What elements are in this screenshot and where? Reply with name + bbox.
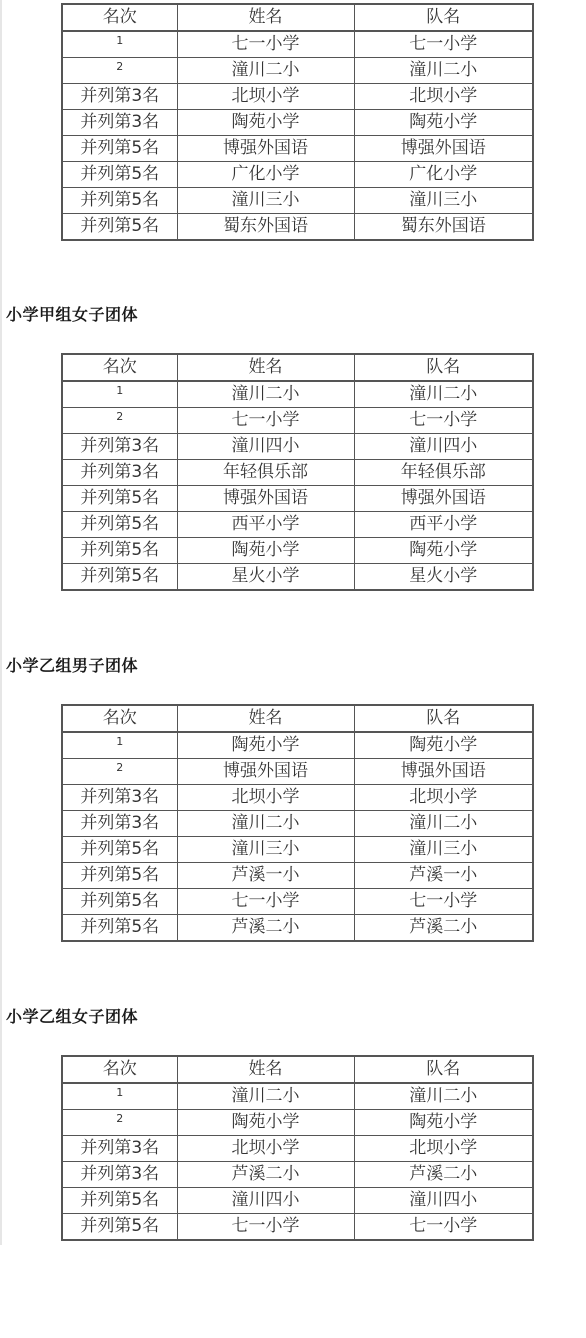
table-row: 并列第3名潼川二小潼川二小: [62, 811, 533, 837]
name-cell: 北坝小学: [177, 785, 354, 811]
rank-cell: 并列第3名: [62, 434, 177, 460]
name-cell: 北坝小学: [177, 84, 354, 110]
team-cell: 潼川二小: [354, 58, 533, 84]
team-cell: 西平小学: [354, 512, 533, 538]
name-cell: 蜀东外国语: [177, 214, 354, 241]
team-cell: 陶苑小学: [354, 1110, 533, 1136]
table-row: 并列第5名芦溪一小芦溪一小: [62, 863, 533, 889]
header-team: 队名: [354, 354, 533, 381]
team-cell: 北坝小学: [354, 785, 533, 811]
rank-cell: 并列第5名: [62, 188, 177, 214]
rank-cell: 并列第5名: [62, 837, 177, 863]
name-cell: 广化小学: [177, 162, 354, 188]
team-cell: 潼川二小: [354, 1083, 533, 1110]
team-cell: 北坝小学: [354, 1136, 533, 1162]
table-row: 并列第3名北坝小学北坝小学: [62, 1136, 533, 1162]
table-row: 并列第3名潼川四小潼川四小: [62, 434, 533, 460]
table-row: 2七一小学七一小学: [62, 408, 533, 434]
name-cell: 七一小学: [177, 1214, 354, 1241]
results-table-1: 名次 姓名 队名 1七一小学七一小学 2潼川二小潼川二小 并列第3名北坝小学北坝…: [61, 3, 534, 241]
rank-cell: 1: [62, 732, 177, 759]
table-row: 2陶苑小学陶苑小学: [62, 1110, 533, 1136]
header-rank: 名次: [62, 1056, 177, 1083]
header-team: 队名: [354, 4, 533, 31]
results-table-3: 名次 姓名 队名 1陶苑小学陶苑小学 2博强外国语博强外国语 并列第3名北坝小学…: [61, 704, 534, 942]
name-cell: 七一小学: [177, 408, 354, 434]
name-cell: 潼川三小: [177, 837, 354, 863]
rank-cell: 并列第5名: [62, 863, 177, 889]
table-row: 并列第5名博强外国语博强外国语: [62, 136, 533, 162]
rank-cell: 并列第5名: [62, 1214, 177, 1241]
rank-cell: 并列第5名: [62, 486, 177, 512]
name-cell: 北坝小学: [177, 1136, 354, 1162]
rank-cell: 并列第5名: [62, 512, 177, 538]
name-cell: 芦溪二小: [177, 1162, 354, 1188]
name-cell: 潼川二小: [177, 811, 354, 837]
rank-cell: 并列第3名: [62, 460, 177, 486]
table-row: 并列第5名广化小学广化小学: [62, 162, 533, 188]
team-cell: 七一小学: [354, 889, 533, 915]
section-title: 小学甲组女子团体: [6, 302, 138, 325]
rank-cell: 并列第3名: [62, 110, 177, 136]
table-row: 并列第5名芦溪二小芦溪二小: [62, 915, 533, 942]
table-row: 并列第5名潼川四小潼川四小: [62, 1188, 533, 1214]
table-row: 并列第3名芦溪二小芦溪二小: [62, 1162, 533, 1188]
name-cell: 七一小学: [177, 889, 354, 915]
rank-cell: 并列第5名: [62, 1188, 177, 1214]
team-cell: 年轻俱乐部: [354, 460, 533, 486]
table-row: 并列第3名陶苑小学陶苑小学: [62, 110, 533, 136]
name-cell: 年轻俱乐部: [177, 460, 354, 486]
rank-cell: 并列第3名: [62, 84, 177, 110]
table-row: 并列第3名北坝小学北坝小学: [62, 785, 533, 811]
header-team: 队名: [354, 705, 533, 732]
rank-cell: 2: [62, 408, 177, 434]
table-row: 2潼川二小潼川二小: [62, 58, 533, 84]
team-cell: 陶苑小学: [354, 538, 533, 564]
team-cell: 潼川四小: [354, 1188, 533, 1214]
table-row: 并列第5名潼川三小潼川三小: [62, 188, 533, 214]
rank-cell: 并列第5名: [62, 136, 177, 162]
table-row: 并列第5名星火小学星火小学: [62, 564, 533, 591]
results-table-2: 名次 姓名 队名 1潼川二小潼川二小 2七一小学七一小学 并列第3名潼川四小潼川…: [61, 353, 534, 591]
rank-cell: 1: [62, 381, 177, 408]
team-cell: 陶苑小学: [354, 732, 533, 759]
section-title: 小学乙组男子团体: [6, 653, 138, 676]
rank-cell: 并列第5名: [62, 889, 177, 915]
rank-cell: 1: [62, 1083, 177, 1110]
left-gutter-line: [0, 0, 2, 1245]
name-cell: 陶苑小学: [177, 538, 354, 564]
header-name: 姓名: [177, 1056, 354, 1083]
name-cell: 星火小学: [177, 564, 354, 591]
header-name: 姓名: [177, 354, 354, 381]
team-cell: 蜀东外国语: [354, 214, 533, 241]
table-row: 2博强外国语博强外国语: [62, 759, 533, 785]
table-row: 并列第3名北坝小学北坝小学: [62, 84, 533, 110]
rank-cell: 并列第3名: [62, 1136, 177, 1162]
name-cell: 潼川二小: [177, 1083, 354, 1110]
name-cell: 博强外国语: [177, 136, 354, 162]
name-cell: 博强外国语: [177, 759, 354, 785]
team-cell: 潼川二小: [354, 381, 533, 408]
team-cell: 潼川二小: [354, 811, 533, 837]
rank-cell: 并列第5名: [62, 538, 177, 564]
table-row: 并列第5名七一小学七一小学: [62, 889, 533, 915]
rank-cell: 2: [62, 1110, 177, 1136]
table-row: 1七一小学七一小学: [62, 31, 533, 58]
name-cell: 陶苑小学: [177, 1110, 354, 1136]
results-table-4: 名次 姓名 队名 1潼川二小潼川二小 2陶苑小学陶苑小学 并列第3名北坝小学北坝…: [61, 1055, 534, 1241]
table-header-row: 名次 姓名 队名: [62, 705, 533, 732]
name-cell: 潼川四小: [177, 1188, 354, 1214]
name-cell: 陶苑小学: [177, 732, 354, 759]
team-cell: 广化小学: [354, 162, 533, 188]
rank-cell: 1: [62, 31, 177, 58]
team-cell: 北坝小学: [354, 84, 533, 110]
table-row: 1陶苑小学陶苑小学: [62, 732, 533, 759]
team-cell: 陶苑小学: [354, 110, 533, 136]
team-cell: 七一小学: [354, 408, 533, 434]
header-rank: 名次: [62, 354, 177, 381]
table-row: 1潼川二小潼川二小: [62, 381, 533, 408]
name-cell: 陶苑小学: [177, 110, 354, 136]
table-row: 并列第3名年轻俱乐部年轻俱乐部: [62, 460, 533, 486]
table-header-row: 名次 姓名 队名: [62, 1056, 533, 1083]
team-cell: 芦溪一小: [354, 863, 533, 889]
name-cell: 芦溪一小: [177, 863, 354, 889]
name-cell: 芦溪二小: [177, 915, 354, 942]
section-title: 小学乙组女子团体: [6, 1004, 138, 1027]
rank-cell: 并列第5名: [62, 214, 177, 241]
rank-cell: 并列第3名: [62, 785, 177, 811]
table-row: 1潼川二小潼川二小: [62, 1083, 533, 1110]
name-cell: 博强外国语: [177, 486, 354, 512]
table-header-row: 名次 姓名 队名: [62, 354, 533, 381]
team-cell: 博强外国语: [354, 136, 533, 162]
table-row: 并列第5名陶苑小学陶苑小学: [62, 538, 533, 564]
header-name: 姓名: [177, 705, 354, 732]
rank-cell: 2: [62, 58, 177, 84]
table-row: 并列第5名蜀东外国语蜀东外国语: [62, 214, 533, 241]
team-cell: 潼川三小: [354, 837, 533, 863]
team-cell: 七一小学: [354, 31, 533, 58]
team-cell: 潼川三小: [354, 188, 533, 214]
table-row: 并列第5名博强外国语博强外国语: [62, 486, 533, 512]
table-header-row: 名次 姓名 队名: [62, 4, 533, 31]
table-row: 并列第5名七一小学七一小学: [62, 1214, 533, 1241]
name-cell: 潼川四小: [177, 434, 354, 460]
header-name: 姓名: [177, 4, 354, 31]
team-cell: 博强外国语: [354, 486, 533, 512]
table-row: 并列第5名潼川三小潼川三小: [62, 837, 533, 863]
name-cell: 潼川二小: [177, 381, 354, 408]
rank-cell: 并列第5名: [62, 915, 177, 942]
header-team: 队名: [354, 1056, 533, 1083]
rank-cell: 并列第5名: [62, 162, 177, 188]
header-rank: 名次: [62, 705, 177, 732]
rank-cell: 2: [62, 759, 177, 785]
team-cell: 芦溪二小: [354, 915, 533, 942]
name-cell: 西平小学: [177, 512, 354, 538]
rank-cell: 并列第5名: [62, 564, 177, 591]
team-cell: 博强外国语: [354, 759, 533, 785]
rank-cell: 并列第3名: [62, 811, 177, 837]
team-cell: 潼川四小: [354, 434, 533, 460]
header-rank: 名次: [62, 4, 177, 31]
name-cell: 潼川三小: [177, 188, 354, 214]
team-cell: 芦溪二小: [354, 1162, 533, 1188]
team-cell: 星火小学: [354, 564, 533, 591]
rank-cell: 并列第3名: [62, 1162, 177, 1188]
name-cell: 潼川二小: [177, 58, 354, 84]
team-cell: 七一小学: [354, 1214, 533, 1241]
name-cell: 七一小学: [177, 31, 354, 58]
table-row: 并列第5名西平小学西平小学: [62, 512, 533, 538]
